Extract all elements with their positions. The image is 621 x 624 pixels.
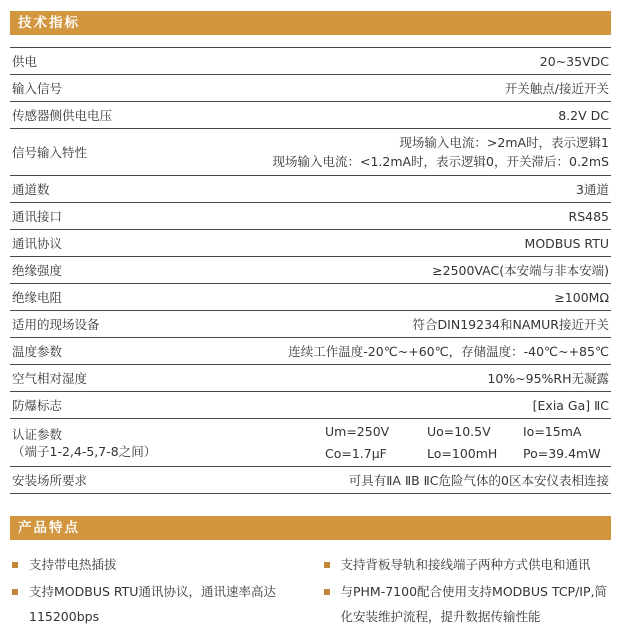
spec-label: 空气相对湿度 (12, 369, 87, 387)
spec-row-temperature: 温度参数 连续工作温度-20℃~+60℃，存储温度：-40℃~+85℃ (10, 338, 611, 365)
square-bullet-icon (12, 562, 18, 568)
spec-label: 绝缘强度 (12, 261, 62, 279)
spec-row-sensor-voltage: 传感器侧供电电压 8.2V DC (10, 102, 611, 129)
spec-label: 通讯接口 (12, 207, 62, 225)
feature-item: 支持MODBUS RTU通讯协议，通讯速率高达115200bps (12, 579, 298, 624)
spec-row-insulation-strength: 绝缘强度 ≥2500VAC(本安端与非本安端) (10, 257, 611, 284)
spec-row-certification-params: 认证参数 （端子1-2,4-5,7-8之间） Um=250V Uo=10.5V … (10, 419, 611, 467)
tech-specs-title: 技术指标 (18, 15, 80, 31)
spec-value-multiline: 现场输入电流：>2mA时，表示逻辑1 现场输入电流：<1.2mA时，表示逻辑0，… (87, 133, 609, 171)
datasheet-page: 技术指标 供电 20~35VDC 输入信号 开关触点/接近开关 传感器侧供电电压… (0, 0, 621, 624)
spec-row-humidity: 空气相对湿度 10%~95%RH无凝露 (10, 365, 611, 392)
spec-row-comm-protocol: 通讯协议 MODBUS RTU (10, 230, 611, 257)
spec-row-channel-count: 通道数 3通道 (10, 176, 611, 203)
spec-label: 绝缘电阻 (12, 288, 62, 306)
spec-row-power-supply: 供电 20~35VDC (10, 48, 611, 75)
spec-row-input-signal: 输入信号 开关触点/接近开关 (10, 75, 611, 102)
product-features-title: 产品特点 (18, 520, 80, 536)
spec-value: 连续工作温度-20℃~+60℃，存储温度：-40℃~+85℃ (62, 343, 609, 360)
spec-row-installation-site: 安装场所要求 可具有ⅡA ⅡB ⅡC危险气体的0区本安仪表相连接 (10, 467, 611, 494)
spec-value: 3通道 (50, 181, 609, 198)
spec-value-line: 现场输入电流：<1.2mA时，表示逻辑0，开关滞后：0.2mS (87, 152, 609, 171)
cert-param: Co=1.7μF (325, 445, 427, 462)
spec-value: ≥2500VAC(本安端与非本安端) (62, 262, 609, 279)
cert-param: Lo=100mH (427, 445, 523, 462)
feature-text: 与PHM-7100配合使用支持MODBUS TCP/IP,简化安装维护流程，提升… (341, 579, 610, 624)
spec-label: 通讯协议 (12, 234, 62, 252)
spec-label-line: （端子1-2,4-5,7-8之间） (12, 443, 156, 460)
spec-value: RS485 (62, 208, 609, 225)
spec-label: 传感器侧供电电压 (12, 106, 112, 124)
cert-params-grid: Um=250V Uo=10.5V Io=15mA Co=1.7μF Lo=100… (325, 423, 609, 462)
spec-label-line: 认证参数 (12, 426, 156, 443)
spec-label: 输入信号 (12, 79, 62, 97)
features-list: 支持带电热插拔 支持MODBUS RTU通讯协议，通讯速率高达115200bps… (10, 552, 611, 624)
spec-label: 温度参数 (12, 342, 62, 360)
spec-value: 符合DIN19234和NAMUR接近开关 (100, 316, 609, 333)
square-bullet-icon (324, 562, 330, 568)
spec-value: 开关触点/接近开关 (62, 80, 609, 97)
spec-row-explosion-proof-mark: 防爆标志 [Exia Ga] ⅡC (10, 392, 611, 419)
spec-row-signal-input-characteristics: 信号输入特性 现场输入电流：>2mA时，表示逻辑1 现场输入电流：<1.2mA时… (10, 129, 611, 176)
cert-param: Io=15mA (523, 423, 609, 440)
tech-specs-header: 技术指标 (10, 11, 611, 35)
square-bullet-icon (12, 589, 18, 595)
feature-text: 支持背板导轨和接线端子两种方式供电和通讯 (341, 552, 591, 577)
product-features-header: 产品特点 (10, 516, 611, 540)
feature-text: 支持MODBUS RTU通讯协议，通讯速率高达115200bps (29, 579, 298, 624)
cert-param: Uo=10.5V (427, 423, 523, 440)
spec-value: ≥100MΩ (62, 289, 609, 306)
cert-param: Um=250V (325, 423, 427, 440)
spec-value: 8.2V DC (112, 107, 609, 124)
spec-row-insulation-resistance: 绝缘电阻 ≥100MΩ (10, 284, 611, 311)
spec-row-field-devices: 适用的现场设备 符合DIN19234和NAMUR接近开关 (10, 311, 611, 338)
spec-table: 供电 20~35VDC 输入信号 开关触点/接近开关 传感器侧供电电压 8.2V… (10, 47, 611, 494)
spec-label-multiline: 认证参数 （端子1-2,4-5,7-8之间） (12, 426, 156, 460)
feature-item: 支持背板导轨和接线端子两种方式供电和通讯 (324, 552, 610, 577)
features-column-right: 支持背板导轨和接线端子两种方式供电和通讯 与PHM-7100配合使用支持MODB… (324, 552, 610, 624)
spec-label: 信号输入特性 (12, 143, 87, 161)
square-bullet-icon (324, 589, 330, 595)
spec-value-line: 现场输入电流：>2mA时，表示逻辑1 (87, 133, 609, 152)
spec-label: 安装场所要求 (12, 471, 87, 489)
spec-value: 20~35VDC (37, 53, 609, 70)
spec-value: 可具有ⅡA ⅡB ⅡC危险气体的0区本安仪表相连接 (87, 472, 609, 489)
feature-item: 支持带电热插拔 (12, 552, 298, 577)
feature-text: 支持带电热插拔 (29, 552, 117, 577)
spec-value: 10%~95%RH无凝露 (87, 370, 609, 387)
spec-label: 适用的现场设备 (12, 315, 100, 333)
cert-param: Po=39.4mW (523, 445, 609, 462)
spec-label: 通道数 (12, 180, 50, 198)
spec-label: 供电 (12, 52, 37, 70)
spec-row-comm-interface: 通讯接口 RS485 (10, 203, 611, 230)
spec-value: [Exia Ga] ⅡC (62, 397, 609, 414)
spec-label: 防爆标志 (12, 396, 62, 414)
features-column-left: 支持带电热插拔 支持MODBUS RTU通讯协议，通讯速率高达115200bps (12, 552, 298, 624)
feature-item: 与PHM-7100配合使用支持MODBUS TCP/IP,简化安装维护流程，提升… (324, 579, 610, 624)
spec-value: MODBUS RTU (62, 235, 609, 252)
